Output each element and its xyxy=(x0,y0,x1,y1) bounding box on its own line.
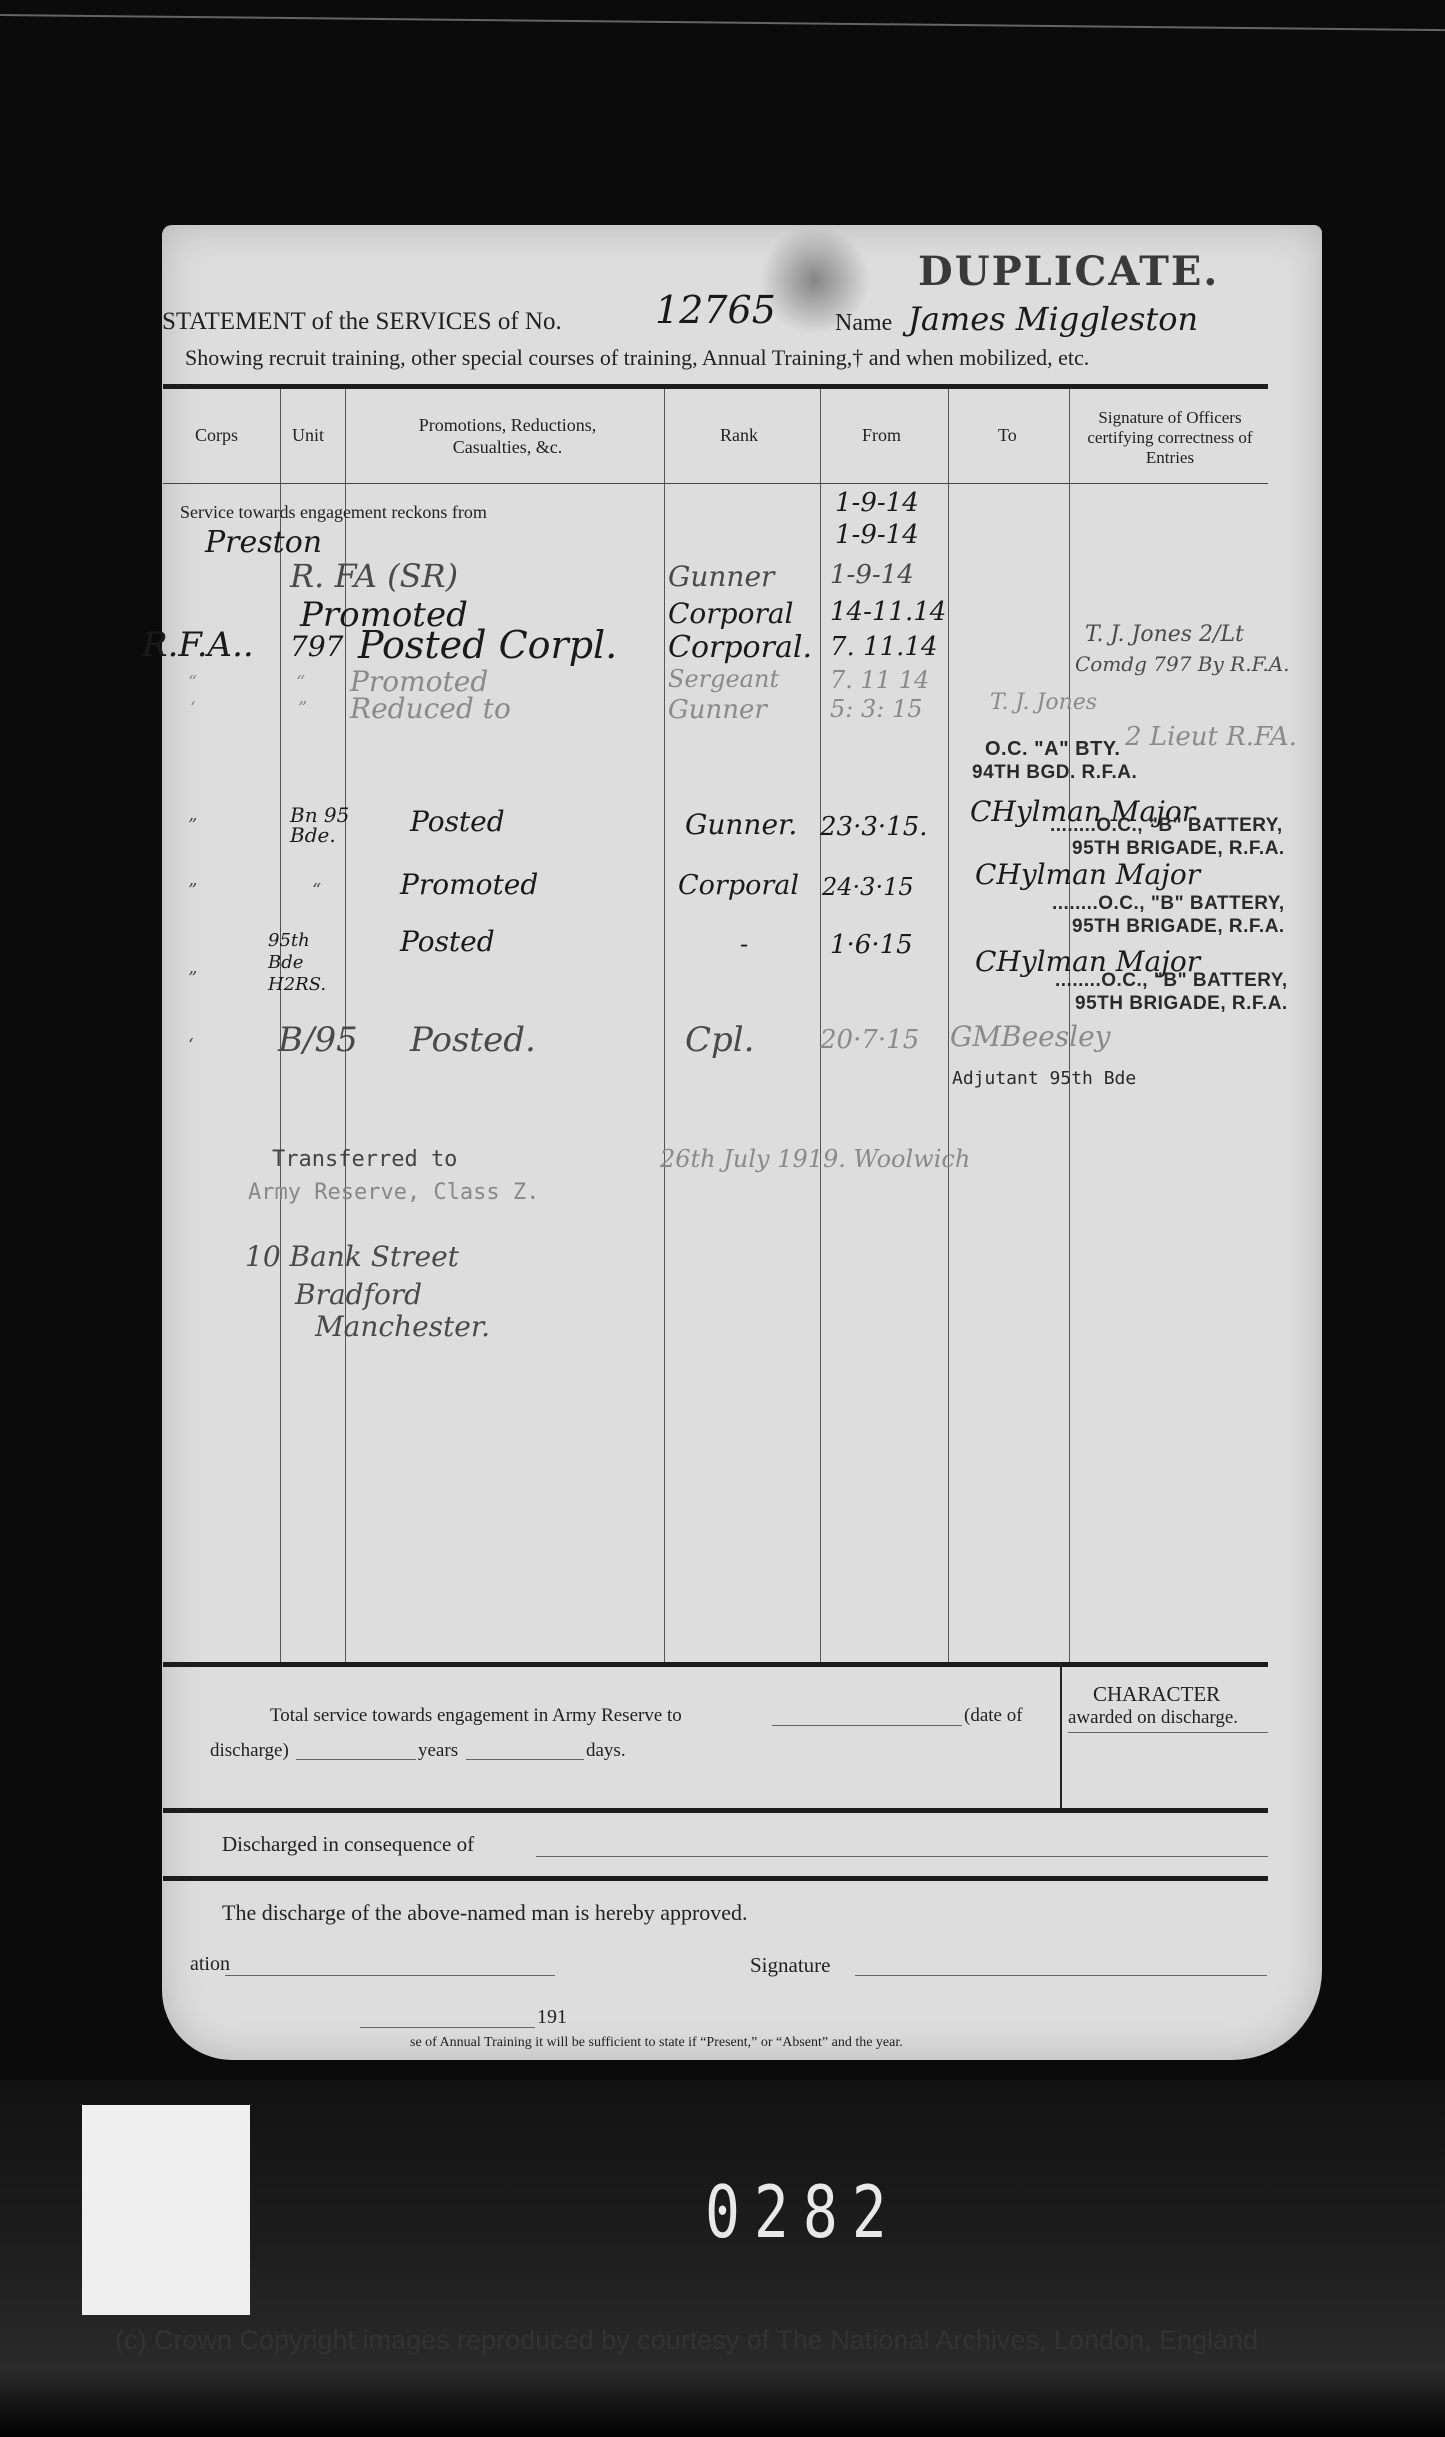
col-header-promotions: Promotions, Reductions, Casualties, &c. xyxy=(400,414,615,458)
row7-unit: 95th Bde H2RS. xyxy=(268,930,348,996)
years-label: years xyxy=(418,1740,458,1762)
character-divider xyxy=(1060,1662,1062,1810)
character-subtitle: awarded on discharge. xyxy=(1068,1707,1238,1729)
row1-from: 14-11.14 xyxy=(830,597,946,627)
approval-statement: The discharge of the above-named man is … xyxy=(222,1900,748,1926)
row6-corps: ” xyxy=(188,880,197,901)
row5-rank: Gunner. xyxy=(685,808,797,841)
transfer-line2: Army Reserve, Class Z. xyxy=(248,1180,539,1205)
officer-sig-jones-2: T. J. Jones xyxy=(990,690,1097,715)
stamp-oc-b-2-line2: 95TH BRIGADE, R.F.A. xyxy=(1072,916,1285,938)
days-field[interactable] xyxy=(466,1759,584,1760)
stamp-oc-b-3-line2: 95TH BRIGADE, R.F.A. xyxy=(1075,993,1288,1015)
col-divider-promotions xyxy=(664,389,665,1662)
row3-unit: “ xyxy=(296,672,305,693)
row8-corps: ‘ xyxy=(188,1035,194,1056)
reckons-date-2: 1-9-14 xyxy=(835,520,919,550)
col-divider-from xyxy=(948,389,949,1662)
col-header-rank: Rank xyxy=(720,425,758,446)
reckons-place: Preston xyxy=(205,525,322,560)
officer-sig-jones-2b: 2 Lieut R.FA. xyxy=(1125,722,1297,752)
days-label: days. xyxy=(586,1740,626,1762)
discharged-label: Discharged in consequence of xyxy=(222,1832,474,1857)
address-line1: 10 Bank Street xyxy=(245,1240,459,1273)
signature-field[interactable] xyxy=(855,1975,1267,1976)
row8-rank: Cpl. xyxy=(685,1020,754,1060)
row5-from: 23·3·15. xyxy=(820,812,928,842)
stamp-oc-b-3-line1: ........O.C., "B" BATTERY, xyxy=(1055,970,1288,992)
station-label: ation xyxy=(190,1953,230,1976)
row2-unit: 797 xyxy=(290,630,343,663)
row7-promotions: Posted xyxy=(400,925,495,958)
reckons-date-1: 1-9-14 xyxy=(835,488,919,518)
row4-from: 5: 3: 15 xyxy=(830,695,923,723)
officer-sig-major-2: CHylman Major xyxy=(975,858,1200,891)
years-field[interactable] xyxy=(296,1759,416,1760)
col-header-unit: Unit xyxy=(292,425,324,446)
officer-sig-jones-1b: Comdg 797 By R.F.A. xyxy=(1075,652,1290,676)
row1-rank: Corporal xyxy=(668,597,793,630)
reckons-label: Service towards engagement reckons from xyxy=(180,502,487,523)
row3-corps: “ xyxy=(188,672,197,693)
year-prefix: 191 xyxy=(537,2006,567,2029)
row3-rank: Sergeant xyxy=(668,665,779,693)
total-service-top-rule xyxy=(163,1662,1268,1667)
date-of-label: (date of xyxy=(964,1705,1023,1727)
approved-top-rule xyxy=(163,1876,1268,1881)
row8-from: 20·7·15 xyxy=(820,1025,919,1055)
officer-sig-jones-1: T. J. Jones 2/Lt xyxy=(1085,622,1244,647)
table-header-bottom-rule xyxy=(163,483,1268,484)
row0-rank: Gunner xyxy=(668,560,774,593)
signature-label: Signature xyxy=(750,1953,830,1978)
stamp-oc-b-1-line1: ........O.C., "B" BATTERY, xyxy=(1050,815,1283,837)
row4-corps: ‘ xyxy=(190,698,196,719)
row7-from: 1·6·15 xyxy=(830,930,913,960)
officer-sig-adjutant: GMBeesley xyxy=(950,1020,1110,1053)
row4-promotions: Reduced to xyxy=(350,692,511,725)
row5-promotions: Posted xyxy=(410,805,505,838)
film-strip-bottom xyxy=(0,2370,1445,2437)
row2-promotions: Posted Corpl. xyxy=(358,623,617,667)
discharged-reason-field[interactable] xyxy=(536,1856,1268,1857)
duplicate-stamp: DUPLICATE. xyxy=(918,248,1219,295)
service-number: 12765 xyxy=(655,288,776,332)
statement-title: STATEMENT of the SERVICES of No. xyxy=(162,308,562,336)
row2-from: 7. 11.14 xyxy=(830,632,938,662)
table-top-rule xyxy=(163,384,1268,389)
frame-number: 0282 xyxy=(705,2170,901,2255)
stamp-oc-b-2-line1: ........O.C., "B" BATTERY, xyxy=(1052,893,1285,915)
row5-corps: ” xyxy=(188,815,197,836)
row4-unit: ” xyxy=(298,698,307,719)
address-line2: Bradford xyxy=(295,1278,422,1311)
row6-promotions: Promoted xyxy=(400,868,538,901)
row4-rank: Gunner xyxy=(668,695,767,725)
service-record-paper xyxy=(162,225,1322,2060)
total-service-label: Total service towards engagement in Army… xyxy=(270,1705,682,1727)
name-value: James Miggleston xyxy=(908,300,1198,338)
station-field[interactable] xyxy=(225,1975,555,1976)
form-subtitle: Showing recruit training, other special … xyxy=(185,345,1089,371)
date-field[interactable] xyxy=(360,2027,535,2028)
address-line3: Manchester. xyxy=(315,1310,490,1343)
row2-rank: Corporal. xyxy=(668,630,812,665)
col-header-from: From xyxy=(862,425,901,446)
transfer-date: 26th July 1919. Woolwich xyxy=(660,1145,970,1173)
name-label: Name xyxy=(835,310,892,337)
stamp-oc-b-1-line2: 95TH BRIGADE, R.F.A. xyxy=(1072,838,1285,860)
row5-unit: Bn 95 Bde. xyxy=(290,805,350,845)
row7-corps: ” xyxy=(188,968,197,989)
character-field[interactable] xyxy=(1068,1732,1268,1733)
character-title: CHARACTER xyxy=(1093,1682,1220,1707)
footnote: se of Annual Training it will be suffici… xyxy=(410,2035,903,2051)
total-service-date-field[interactable] xyxy=(772,1725,962,1726)
stamp-adjutant: Adjutant 95th Bde xyxy=(952,1068,1136,1089)
row8-unit: B/95 xyxy=(278,1020,358,1060)
film-edge xyxy=(0,14,1445,31)
stamp-oc-a-line1: O.C. "A" BTY. xyxy=(985,738,1120,761)
row6-unit: “ xyxy=(312,880,321,901)
row7-rank: - xyxy=(740,930,748,958)
stamp-oc-a-line2: 94TH BGD. R.F.A. xyxy=(972,762,1137,784)
row2-corps: R.F.A.. xyxy=(142,625,254,665)
row8-promotions: Posted. xyxy=(410,1020,536,1060)
col-header-to: To xyxy=(998,425,1017,446)
discharged-top-rule xyxy=(163,1808,1268,1813)
calibration-card xyxy=(82,2105,250,2315)
row6-rank: Corporal xyxy=(678,870,799,901)
col-header-signature: Signature of Officers certifying correct… xyxy=(1080,408,1260,468)
discharge-label: discharge) xyxy=(210,1740,289,1762)
row0-promotions: R. FA (SR) xyxy=(290,557,458,595)
row0-from: 1-9-14 xyxy=(830,560,914,590)
row6-from: 24·3·15 xyxy=(822,873,914,901)
transfer-line1: Transferred to xyxy=(272,1147,457,1172)
row3-from: 7. 11 14 xyxy=(830,666,929,694)
copyright-watermark: (c) Crown Copyright images reproduced by… xyxy=(115,2325,1258,2356)
col-header-corps: Corps xyxy=(195,425,238,446)
